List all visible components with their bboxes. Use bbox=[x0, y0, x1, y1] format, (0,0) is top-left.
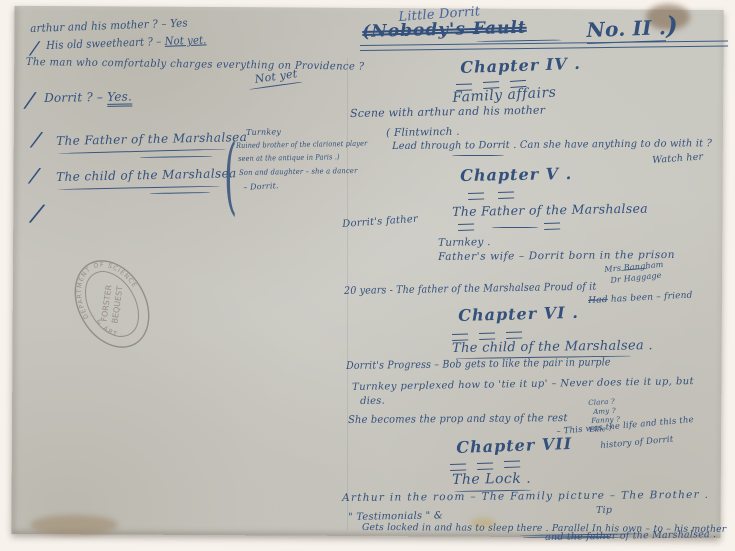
chapter7-line2: Tip bbox=[596, 505, 612, 516]
memo-q2-answer: Not yet. bbox=[165, 33, 207, 47]
memo-q4-text: Dorrit ? – bbox=[44, 90, 107, 105]
chapter6-name2: Amy ? bbox=[593, 407, 616, 416]
chapter6-title: The child of the Marshalsea . bbox=[452, 338, 653, 356]
heading-mark bbox=[506, 331, 522, 339]
chapter5-heading: Chapter V . bbox=[460, 164, 572, 185]
heading-mark bbox=[544, 222, 560, 230]
heading-mark bbox=[468, 192, 484, 200]
side-note-line5: – Dorrit. bbox=[243, 181, 279, 192]
heading-mark bbox=[458, 223, 474, 231]
stain-bottom-left bbox=[30, 515, 118, 535]
header-paren: ) bbox=[665, 11, 678, 40]
manuscript-photo: DEPARTMENT OF SCIENCE · & ART · FORSTER … bbox=[0, 0, 735, 551]
memo-q4: Dorrit ? – Yes. bbox=[44, 89, 132, 105]
header-number: No. II . bbox=[586, 15, 666, 44]
heading-mark bbox=[504, 460, 520, 468]
heading-mark bbox=[479, 332, 495, 340]
chapter6-heading: Chapter VI . bbox=[458, 303, 579, 325]
memo-q4-answer: Yes. bbox=[107, 89, 132, 106]
chapter5-line1: Turnkey . bbox=[438, 236, 491, 249]
chapter6-line4: She becomes the prop and stay of the res… bbox=[348, 412, 568, 426]
heading-mark bbox=[498, 191, 514, 199]
chapter5-small3-cancelled: Had bbox=[588, 295, 608, 306]
chapter7-line5: and the father of the Marshalsea . bbox=[545, 529, 716, 543]
header-number-group: No. II .) bbox=[586, 11, 678, 43]
side-note-line1: Turnkey bbox=[246, 127, 281, 137]
side-note-line3: seen at the antique in Paris .) bbox=[238, 152, 340, 163]
heading-mark bbox=[477, 462, 493, 470]
chapter7-heading: Chapter VII bbox=[456, 434, 572, 457]
chapter6-line3: dies. bbox=[360, 396, 385, 407]
chapter4-line2: ( Flintwinch . bbox=[386, 126, 460, 139]
chapter7-title: The Lock . bbox=[452, 471, 531, 488]
chapter6-name1: Clara ? bbox=[588, 398, 615, 407]
heading-mark bbox=[450, 463, 466, 471]
